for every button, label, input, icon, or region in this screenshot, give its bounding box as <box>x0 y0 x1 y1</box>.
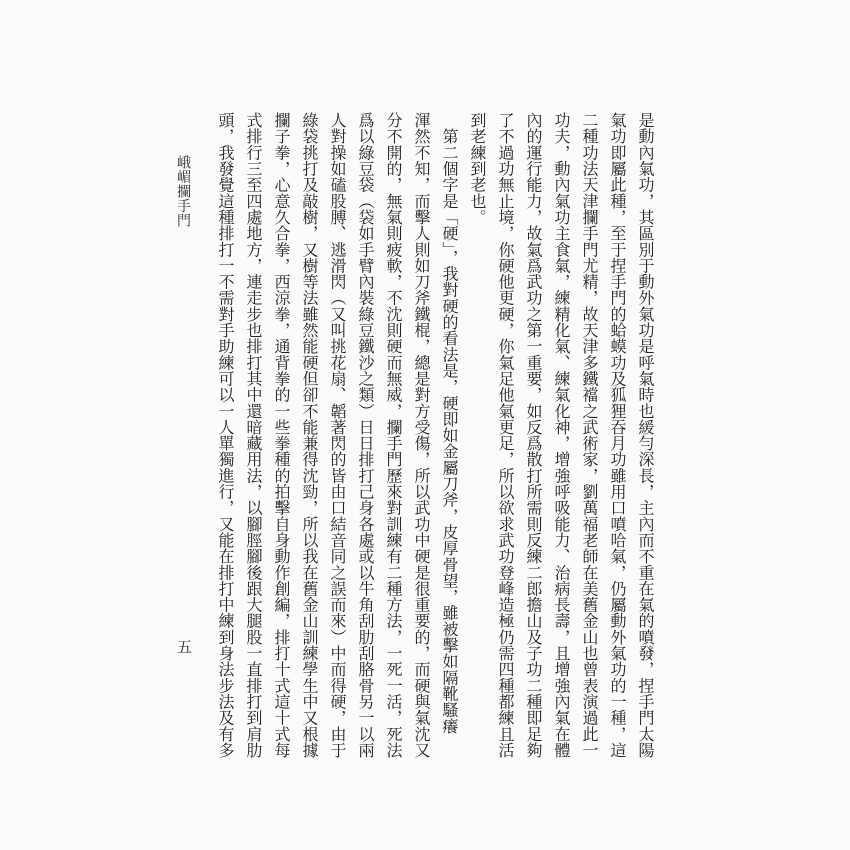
body-text: 是動內氣功，其區別于動外氣功是呼氣時也緩勻深長，主內而不重在氣的噴發，捏手門太陽… <box>210 112 658 764</box>
book-page: 峨嵋攔手門 五 是動內氣功，其區別于動外氣功是呼氣時也緩勻深長，主內而不重在氣的… <box>0 0 850 850</box>
text-column: 攔子拳，心意久合拳，西涼拳，通背拳的一些拳種的拍擊自身動作創編，排打十式這十式每 <box>266 112 294 764</box>
text-column: 功夫，動內氣功主食氣，練精化氣、練氣化神，增強呼吸能力、治病長壽，且增強內氣在體 <box>546 112 574 764</box>
text-column: 是動內氣功，其區別于動外氣功是呼氣時也緩勻深長，主內而不重在氣的噴發，捏手門太陽 <box>630 112 658 764</box>
text-column: 二種功法天津攔手門尤精，故天津多鐵襠之武術家，劉萬福老師在美舊金山也曾表演過此一 <box>574 112 602 764</box>
text-column: 分不開的，無氣則疲軟，不沈則硬而無威，攔手門歷來對訓練有二種方法，一死一活，死法 <box>378 112 406 764</box>
text-column: 式排行三至四處地方，連走步也排打其中還暗藏用法，以腳脛腳後跟大腿股一直排打到肩肋 <box>238 112 266 764</box>
text-column: 第二個字是「硬」，我對硬的看法是，硬即如金屬刀斧，皮厚骨望，雖被擊如隔靴騷癢 <box>434 112 462 764</box>
text-column: 頭，我發覺這種排打一不需對手助練可以一人單獨進行，又能在排打中練到身法步法及有多 <box>210 112 238 764</box>
text-column: 人對操如磕股膊、逃滑閃（又叫挑花扇、韜著閃的皆由口結音同之誤而來）中而得硬，由于 <box>322 112 350 764</box>
text-column: 氣功即屬此種，至于捏手門的蛤蟆功及狐狸吞月功雖用口噴哈氣，仍屬動外氣功的一種，這 <box>602 112 630 764</box>
running-title: 峨嵋攔手門 <box>172 155 192 228</box>
text-column: 綠袋挑打及敲樹，又樹等法雖然能硬但卻不能兼得沈勁，所以我在舊金山訓練學生中又根據 <box>294 112 322 764</box>
text-column: 爲以綠豆袋（袋如手臂內裝綠豆鐵沙之類）日日排打己身各處或以牛角刮肋刮胳骨另一以兩 <box>350 112 378 764</box>
page-number: 五 <box>177 636 192 657</box>
text-column: 內的運行能力，故氣爲武功之第一重要，如反爲散打所需則反練二郎擔山及子功二種即足夠 <box>518 112 546 764</box>
text-column: 渾然不知，而擊人則如刀斧鐵棍，總是對方受傷，所以武功中硬是很重要的，而硬與氣沈又 <box>406 112 434 764</box>
text-column: 了不過功無止境，你硬他更硬，你氣足他氣更足，所以欲求武功登峰造極仍需四種都練且活 <box>490 112 518 764</box>
text-column: 到老練到老也。 <box>462 112 490 764</box>
